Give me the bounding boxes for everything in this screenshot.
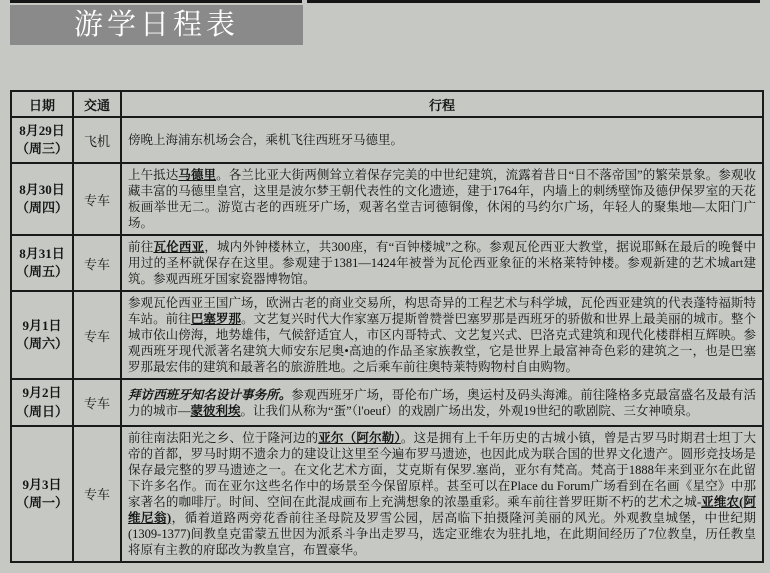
transport-cell: 专车: [73, 291, 121, 379]
table-body: 8月29日（周三）飞机傍晚上海浦东机场会合，乘机飞往西班牙马德里。8月30日（周…: [11, 117, 763, 562]
itinerary-cell: 上午抵达马德里。各兰比亚大街两侧耸立着保存完美的中世纪建筑，流露着昔日“日不落帝…: [121, 163, 763, 235]
table-row: 8月30日（周四）专车上午抵达马德里。各兰比亚大街两侧耸立着保存完美的中世纪建筑…: [11, 163, 763, 235]
date-text: 9月3日: [13, 476, 71, 494]
weekday-text: （周日）: [13, 403, 71, 421]
itinerary-cell: 前往南法阳光之乡、位于隆河边的亚尔（阿尔勒）。这是拥有上千年历史的古城小镇，曾是…: [121, 426, 763, 562]
itinerary-segment: 前往南法阳光之乡、位于隆河边的: [128, 431, 318, 445]
transport-cell: 专车: [73, 426, 121, 562]
weekday-text: （周一）: [13, 494, 71, 512]
table-header-row: 日期 交通 行程: [11, 91, 763, 117]
itinerary-segment: 拜访西班牙知名设计事务所。: [128, 388, 291, 402]
itinerary-segment: 上午抵达: [128, 168, 178, 182]
itinerary-segment: 瓦伦西亚: [153, 240, 204, 254]
transport-cell: 飞机: [73, 117, 121, 163]
header-date: 日期: [11, 91, 73, 117]
itinerary-cell: 前往瓦伦西亚，城内外钟楼林立，共300座，有“百钟楼城”之称。参观瓦伦西亚大教堂…: [121, 235, 763, 291]
top-border-line: [10, 0, 302, 3]
transport-cell: 专车: [73, 379, 121, 425]
transport-cell: 专车: [73, 235, 121, 291]
table-row: 9月3日（周一）专车前往南法阳光之乡、位于隆河边的亚尔（阿尔勒）。这是拥有上千年…: [11, 426, 763, 562]
weekday-text: （周六）: [13, 335, 71, 353]
itinerary-segment: 马德里: [178, 168, 216, 182]
itinerary-cell: 拜访西班牙知名设计事务所。参观西班牙广场，哥伦布广场，奥运村及码头海滩。前往隆格…: [121, 379, 763, 425]
weekday-text: （周四）: [13, 199, 71, 217]
table-row: 9月1日（周六）专车参观瓦伦西亚王国广场，欧洲古老的商业交易所，构思奇异的工程艺…: [11, 291, 763, 379]
header-transport: 交通: [73, 91, 121, 117]
weekday-text: （周五）: [13, 263, 71, 281]
itinerary-segment: 蒙彼利埃: [191, 404, 241, 418]
itinerary-segment: 。各兰比亚大街两侧耸立着保存完美的中世纪建筑，流露着昔日“日不落帝国”的繁荣景象…: [128, 168, 756, 230]
date-text: 8月29日: [13, 122, 71, 140]
itinerary-segment: ，城内外钟楼林立，共300座，有“百钟楼城”之称。参观瓦伦西亚大教堂，据说耶稣在…: [128, 240, 756, 286]
date-cell: 8月29日（周三）: [11, 117, 73, 163]
weekday-text: （周三）: [13, 140, 71, 158]
transport-cell: 专车: [73, 163, 121, 235]
itinerary-segment: 前往: [128, 240, 153, 254]
itinerary-cell: 傍晚上海浦东机场会合，乘机飞往西班牙马德里。: [121, 117, 763, 163]
date-cell: 8月31日（周五）: [11, 235, 73, 291]
date-cell: 9月3日（周一）: [11, 426, 73, 562]
top-border-line: [307, 0, 760, 3]
table-row: 8月31日（周五）专车前往瓦伦西亚，城内外钟楼林立，共300座，有“百钟楼城”之…: [11, 235, 763, 291]
date-cell: 8月30日（周四）: [11, 163, 73, 235]
date-text: 9月2日: [13, 384, 71, 402]
table-row: 9月2日（周日）专车拜访西班牙知名设计事务所。参观西班牙广场，哥伦布广场，奥运村…: [11, 379, 763, 425]
date-text: 9月1日: [13, 317, 71, 335]
date-text: 8月31日: [13, 245, 71, 263]
itinerary-segment: 巴塞罗那: [191, 312, 241, 326]
date-text: 8月30日: [13, 181, 71, 199]
date-cell: 9月1日（周六）: [11, 291, 73, 379]
itinerary-table: 日期 交通 行程 8月29日（周三）飞机傍晚上海浦东机场会合，乘机飞往西班牙马德…: [10, 90, 764, 563]
itinerary-segment: ，循着道路两旁花香前往圣母院及罗雪公园，居高临下拍摄隆河美丽的风光。外观教皇城堡…: [128, 511, 756, 557]
itinerary-cell: 参观瓦伦西亚王国广场，欧洲古老的商业交易所，构思奇异的工程艺术与科学城，瓦伦西亚…: [121, 291, 763, 379]
table-row: 8月29日（周三）飞机傍晚上海浦东机场会合，乘机飞往西班牙马德里。: [11, 117, 763, 163]
header-itinerary: 行程: [121, 91, 763, 117]
date-cell: 9月2日（周日）: [11, 379, 73, 425]
page-title: 游学日程表: [10, 5, 303, 45]
itinerary-segment: 亚尔（阿尔勒）: [318, 431, 401, 445]
itinerary-segment: 。让我们从称为“蛋”（l'oeuf）的戏剧广场出发，外观19世纪的歌剧院、三女神…: [241, 404, 699, 418]
itinerary-segment: 傍晚上海浦东机场会合，乘机飞往西班牙马德里。: [128, 133, 403, 147]
